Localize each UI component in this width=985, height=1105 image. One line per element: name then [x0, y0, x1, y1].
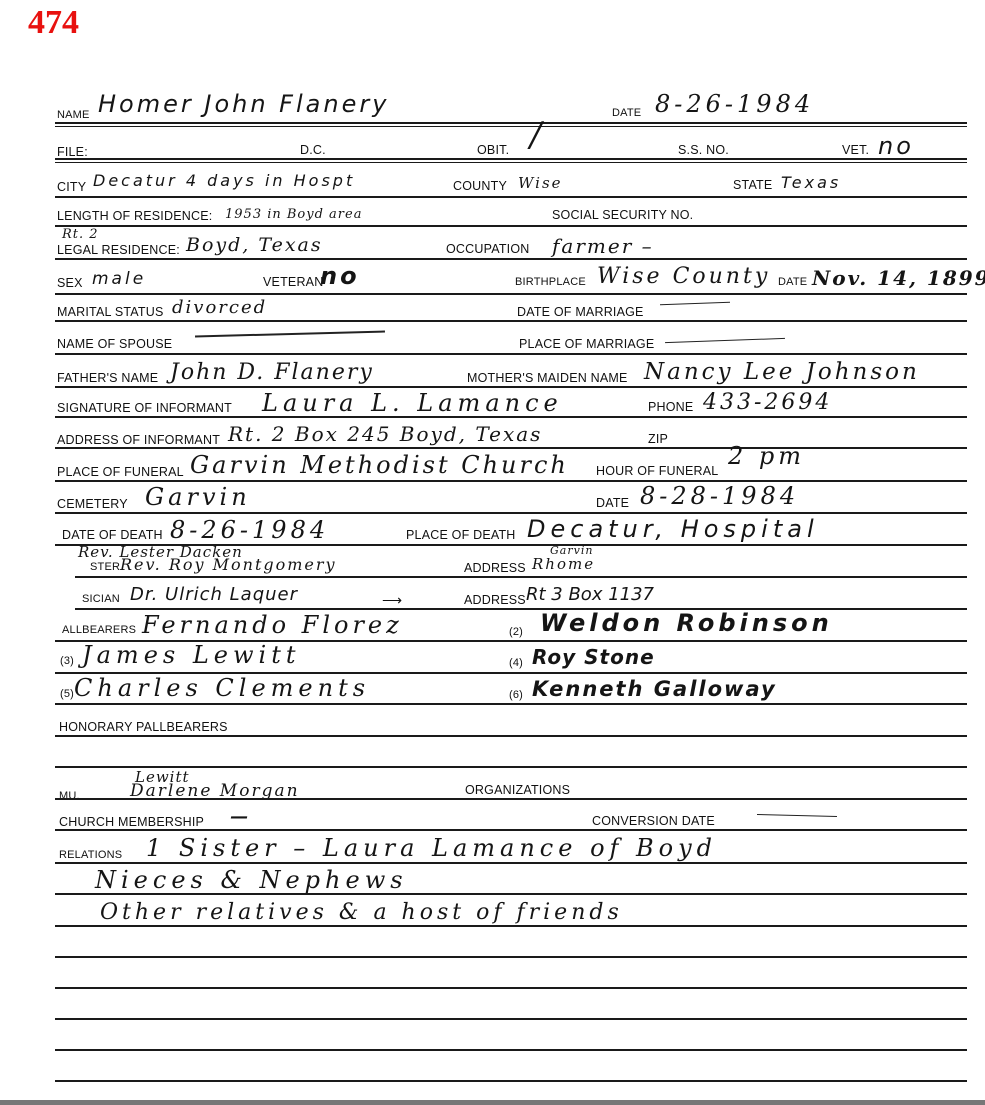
relations-line-2[interactable]: Nieces & Nephews: [95, 868, 408, 892]
relations-line-1[interactable]: 1 Sister – Laura Lamance of Boyd: [146, 836, 717, 860]
physician-address-label: ADDRESS: [464, 593, 526, 607]
blank-line: [55, 956, 967, 958]
occupation-value[interactable]: farmer –: [552, 236, 654, 256]
name-value[interactable]: Homer John Flanery: [98, 92, 389, 116]
ss-no-label: S.S. NO.: [678, 143, 729, 157]
length-of-residence-value[interactable]: 1953 in Boyd area: [225, 208, 362, 221]
date-of-death-value[interactable]: 8-26-1984: [170, 518, 329, 542]
divider: [55, 703, 967, 705]
legal-residence-note: Rt. 2: [62, 228, 99, 241]
funeral-date-value[interactable]: 8-28-1984: [640, 484, 799, 508]
arrow-icon: ⟶: [382, 592, 402, 609]
minister-value[interactable]: Rev. Roy Montgomery: [120, 557, 337, 573]
date-of-death-label: DATE OF DEATH: [62, 528, 163, 542]
pallbearer-4-num: (4): [509, 657, 523, 669]
phone-value[interactable]: 433-2694: [703, 392, 832, 414]
divider: [55, 225, 967, 227]
physician-value[interactable]: Dr. Ulrich Laquer: [130, 586, 298, 604]
legal-residence-label: LEGAL RESIDENCE:: [57, 243, 180, 257]
marital-status-label: MARITAL STATUS: [57, 305, 164, 319]
mothers-maiden-name-label: MOTHER'S MAIDEN NAME: [467, 371, 628, 385]
place-of-marriage-label: PLACE OF MARRIAGE: [519, 337, 654, 351]
pallbearer-3-num: (3): [60, 655, 74, 667]
hour-of-funeral-value[interactable]: 2 pm: [728, 444, 805, 468]
file-label: FILE:: [57, 145, 88, 159]
pallbearers-label: ALLBEARERS: [62, 624, 136, 636]
pallbearer-2[interactable]: Weldon Robinson: [540, 611, 833, 635]
honorary-pallbearers-label: HONORARY PALLBEARERS: [59, 720, 228, 734]
divider: [55, 353, 967, 355]
divider: [55, 862, 967, 864]
date-label: DATE: [612, 107, 641, 119]
divider: [75, 608, 967, 610]
organizations-label: ORGANIZATIONS: [465, 783, 570, 797]
county-value[interactable]: Wise: [518, 176, 563, 191]
relations-label: RELATIONS: [59, 849, 122, 861]
vet-label: VET.: [842, 143, 869, 157]
divider: [55, 447, 967, 449]
divider: [55, 293, 967, 295]
date-value[interactable]: 8-26-1984: [655, 92, 814, 116]
pallbearer-6-num: (6): [509, 689, 523, 701]
relations-line-3[interactable]: Other relatives & a host of friends: [100, 902, 623, 924]
pallbearer-1[interactable]: Fernando Florez: [142, 613, 403, 637]
state-label: STATE: [733, 178, 772, 192]
divider: [55, 893, 967, 895]
length-of-residence-label: LENGTH OF RESIDENCE:: [57, 209, 212, 223]
name-of-spouse-label: NAME OF SPOUSE: [57, 337, 172, 351]
church-membership-label: CHURCH MEMBERSHIP: [59, 815, 204, 829]
divider: [55, 512, 967, 514]
city-value[interactable]: Decatur 4 days in Hospt: [93, 173, 355, 189]
phone-label: PHONE: [648, 400, 693, 414]
funeral-record-form: NAME Homer John Flanery DATE 8-26-1984 F…: [0, 0, 985, 1105]
hour-of-funeral-label: HOUR OF FUNERAL: [596, 464, 718, 478]
state-value[interactable]: Texas: [781, 175, 841, 191]
cemetery-label: CEMETERY: [57, 497, 128, 511]
divider: [55, 416, 967, 418]
veteran-label: VETERAN: [263, 275, 323, 289]
birthplace-label: BIRTHPLACE: [515, 276, 586, 288]
signature-of-informant-label: SIGNATURE OF INFORMANT: [57, 401, 232, 415]
divider: [55, 798, 967, 800]
obit-label: OBIT.: [477, 143, 509, 157]
name-label: NAME: [57, 109, 90, 121]
funeral-date-label: DATE: [596, 496, 629, 510]
address-of-informant-value[interactable]: Rt. 2 Box 245 Boyd, Texas: [228, 424, 542, 444]
dc-label: D.C.: [300, 143, 326, 157]
divider: [55, 320, 967, 322]
divider: [75, 576, 967, 578]
pallbearer-5[interactable]: Charles Clements: [74, 676, 370, 700]
place-of-death-value[interactable]: Decatur, Hospital: [527, 517, 819, 541]
page-bottom-edge: [0, 1100, 985, 1105]
divider: [55, 258, 967, 260]
divider: [55, 925, 967, 927]
fathers-name-label: FATHER'S NAME: [57, 371, 158, 385]
sex-label: SEX: [57, 276, 83, 290]
divider: [55, 386, 967, 388]
blank-dash-mark: [195, 331, 385, 338]
date-of-marriage-label: DATE OF MARRIAGE: [517, 305, 644, 319]
physician-address-value[interactable]: Rt 3 Box 1137: [526, 586, 654, 604]
pallbearer-5-num: (5): [60, 688, 74, 700]
minister-address-value[interactable]: Rhome: [532, 557, 595, 572]
blank-line: [55, 1018, 967, 1020]
fathers-name-value[interactable]: John D. Flanery: [170, 362, 374, 384]
occupation-label: OCCUPATION: [446, 242, 529, 256]
divider: [55, 829, 967, 831]
mothers-maiden-name-value[interactable]: Nancy Lee Johnson: [644, 361, 920, 384]
divider: [55, 766, 967, 768]
birthplace-value[interactable]: Wise County: [597, 266, 770, 288]
address-of-informant-label: ADDRESS OF INFORMANT: [57, 433, 220, 447]
divider: [55, 735, 967, 737]
place-of-funeral-label: PLACE OF FUNERAL: [57, 465, 184, 479]
blank-dash-mark: [757, 814, 837, 817]
minister-address-label: ADDRESS: [464, 561, 526, 575]
blank-line: [55, 1080, 967, 1082]
place-of-funeral-value[interactable]: Garvin Methodist Church: [190, 453, 569, 477]
obit-value[interactable]: /: [530, 118, 543, 152]
blank-line: [55, 1049, 967, 1051]
city-label: CITY: [57, 180, 86, 194]
pallbearer-6[interactable]: Kenneth Galloway: [532, 679, 777, 700]
birth-date-label: DATE: [778, 276, 807, 288]
music-label: MU.: [59, 790, 80, 802]
blank-dash-mark: [665, 338, 785, 343]
signature-of-informant-value[interactable]: Laura L. Lamance: [262, 391, 563, 415]
physician-label: SICIAN: [82, 593, 120, 605]
divider: [55, 122, 967, 127]
veteran-value[interactable]: no: [320, 264, 360, 288]
vet-value[interactable]: no: [878, 134, 914, 158]
sex-value[interactable]: male: [92, 271, 146, 288]
church-membership-value[interactable]: —: [230, 808, 248, 826]
social-security-no-label: SOCIAL SECURITY NO.: [552, 208, 693, 222]
divider: [55, 196, 967, 198]
blank-dash-mark: [660, 302, 730, 305]
pallbearer-3[interactable]: James Lewitt: [82, 643, 300, 667]
cemetery-value[interactable]: Garvin: [145, 485, 251, 509]
zip-label: ZIP: [648, 432, 668, 446]
birth-date-value[interactable]: Nov. 14, 1899: [812, 268, 985, 288]
blank-line: [55, 987, 967, 989]
legal-residence-value[interactable]: Boyd, Texas: [186, 236, 323, 255]
marital-status-value[interactable]: divorced: [172, 299, 267, 317]
pallbearer-2-num: (2): [509, 626, 523, 638]
divider: [55, 480, 967, 482]
place-of-death-label: PLACE OF DEATH: [406, 528, 516, 542]
pallbearer-4[interactable]: Roy Stone: [532, 647, 655, 667]
conversion-date-label: CONVERSION DATE: [592, 814, 715, 828]
divider: [55, 158, 967, 163]
minister-label: STER: [90, 561, 120, 573]
county-label: COUNTY: [453, 179, 507, 193]
